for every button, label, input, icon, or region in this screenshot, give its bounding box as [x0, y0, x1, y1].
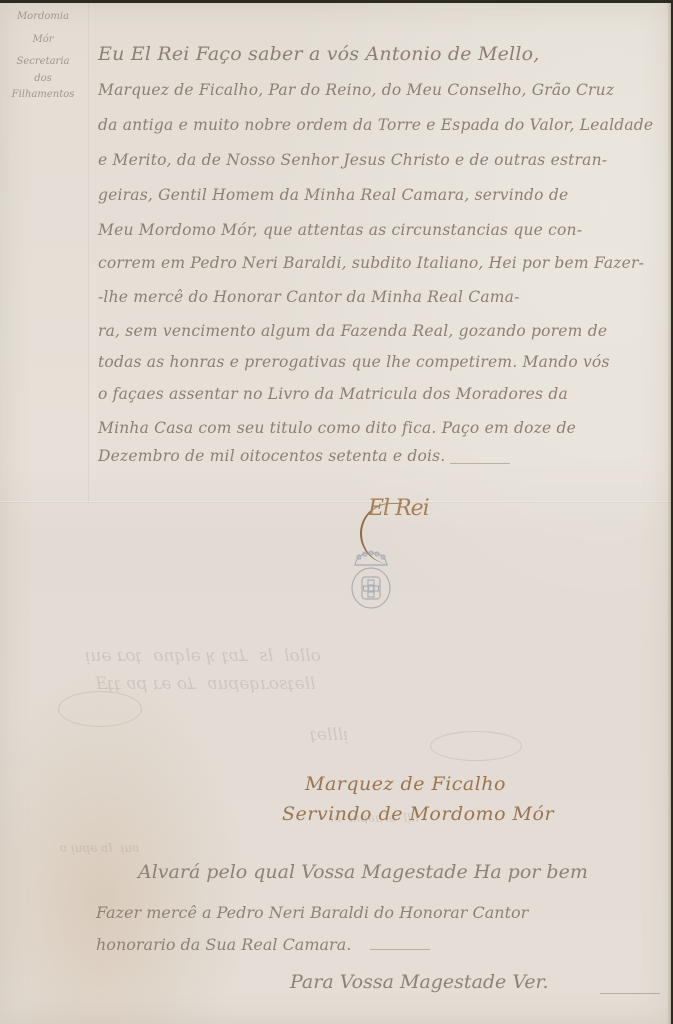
body-line: Dezembro de mil oitocentos setenta e doi… [98, 447, 445, 465]
body-line: todas as honras e prerogativas que lhe c… [98, 353, 610, 371]
body-line: da antiga e muito nobre ordem da Torre e… [98, 116, 653, 134]
closing-flourish [600, 993, 660, 994]
bleed-text: llǝʇsoɹqǝpuɐ Ʇo ǝɹ pɐ ʇʇƎ [95, 671, 316, 694]
margin-note-line: Filhamentos [2, 87, 84, 104]
margin-note-line: Mór [2, 32, 84, 49]
annotation-line: Servindo de Mordomo Mór [282, 803, 554, 825]
margin-note: Mordomia Mór Secretaria dos Filhamentos [2, 9, 84, 104]
bleed-text: ɐuᴉ Ɩɐ ǝpuᴉ ɐ [60, 841, 139, 855]
paper-edge-shadow [667, 3, 671, 1024]
royal-signature: El Rei [368, 496, 429, 521]
body-line: -lhe mercê do Honorar Cantor da Minha Re… [98, 288, 520, 306]
summary-line: Alvará pelo qual Vossa Magestade Ha por … [138, 861, 588, 883]
margin-note-line: dos [2, 71, 84, 88]
margin-rule [88, 3, 89, 503]
summary-line: Fazer mercê a Pedro Neri Baraldi do Hono… [96, 903, 528, 922]
annotation-line: Marquez de Ficalho [305, 773, 506, 795]
closing-flourish [370, 949, 430, 950]
body-line: o façaes assentar no Livro da Matricula … [98, 385, 568, 403]
body-line: Meu Mordomo Mór, que attentas as circuns… [98, 221, 582, 239]
bleed-text: ollol ls Ʇɐʇ ʞ ǝlqno ʇoɹ ǝuᴉ [85, 643, 321, 666]
margin-note-line: Mordomia [2, 9, 84, 26]
document-page: Mordomia Mór Secretaria dos Filhamentos … [0, 3, 671, 1024]
summary-line: honorario da Sua Real Camara. [96, 935, 351, 954]
body-line: correm em Pedro Neri Baraldi, subdito It… [98, 254, 644, 272]
body-line: e Merito, da de Nosso Senhor Jesus Chris… [98, 151, 607, 169]
body-line: ra, sem vencimento algum da Fazenda Real… [98, 322, 607, 340]
body-line: Eu El Rei Faço saber a vós Antonio de Me… [98, 43, 539, 65]
closing-flourish [450, 463, 510, 464]
royal-crest-icon [345, 547, 397, 611]
closing-line: Para Vossa Magestade Ver. [290, 971, 549, 993]
bleed-oval [430, 731, 522, 761]
bleed-oval [58, 691, 142, 727]
body-line: Minha Casa com seu titulo como dito fica… [98, 419, 576, 437]
margin-note-line: Secretaria [2, 54, 84, 71]
body-line: Marquez de Ficalho, Par do Reino, do Meu… [98, 81, 614, 99]
bleed-text: ᴉlllǝʇ [310, 725, 349, 745]
body-line: geiras, Gentil Homem da Minha Real Camar… [98, 186, 568, 204]
paper-fold-line [0, 501, 671, 503]
